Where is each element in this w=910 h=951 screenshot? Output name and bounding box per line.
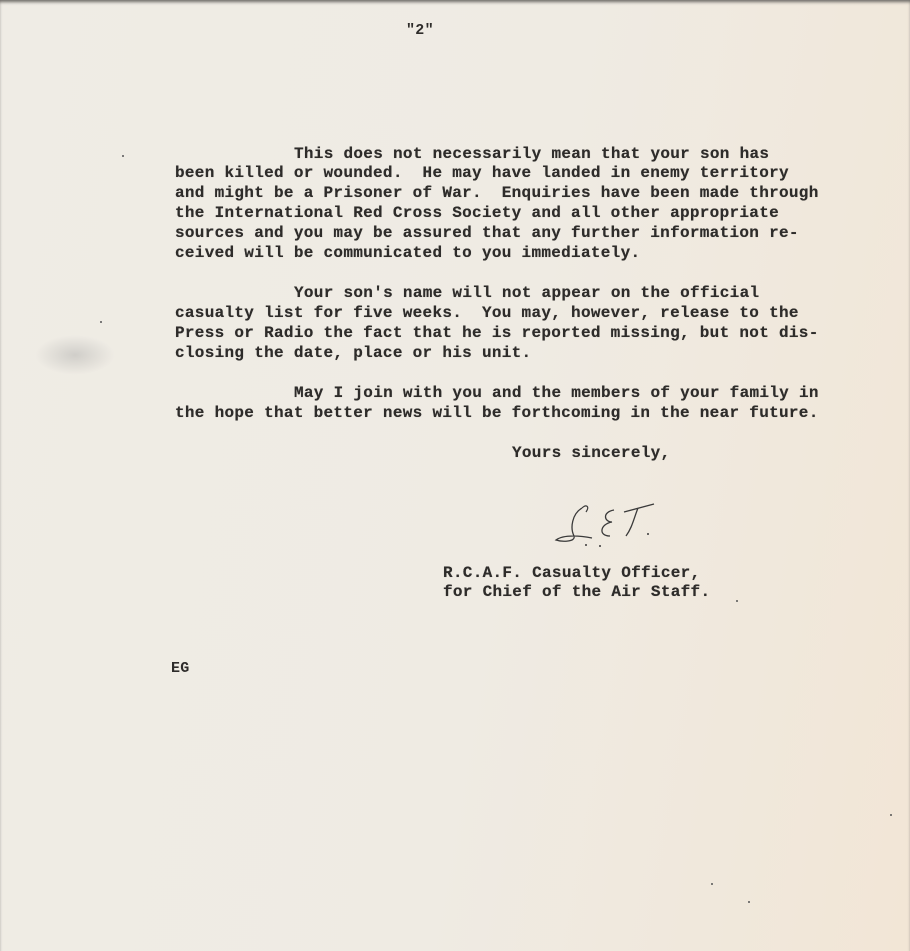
paper-speck xyxy=(748,901,750,903)
signatory-subtitle: for Chief of the Air Staff. xyxy=(443,582,710,602)
text-line: the hope that better news will be forthc… xyxy=(175,403,819,423)
paper-speck xyxy=(736,600,738,602)
paper-speck xyxy=(122,155,124,157)
handwritten-signature xyxy=(552,500,662,550)
text-line: May I join with you and the members of y… xyxy=(294,383,819,403)
text-line: the International Red Cross Society and … xyxy=(175,203,779,223)
signatory-title: R.C.A.F. Casualty Officer, xyxy=(443,563,700,583)
text-line: been killed or wounded. He may have land… xyxy=(175,163,789,183)
text-line: Press or Radio the fact that he is repor… xyxy=(175,323,819,343)
paper-speck xyxy=(890,814,892,816)
text-line: closing the date, place or his unit. xyxy=(175,343,531,363)
text-line: sources and you may be assured that any … xyxy=(175,223,799,243)
letter-page: "2" This does not necessarily mean that … xyxy=(0,0,910,951)
text-line: ceived will be communicated to you immed… xyxy=(175,243,640,263)
closing: Yours sincerely, xyxy=(512,443,670,463)
paper-speck xyxy=(100,321,102,323)
text-line: and might be a Prisoner of War. Enquirie… xyxy=(175,183,819,203)
text-line: casualty list for five weeks. You may, h… xyxy=(175,303,799,323)
typist-initials: EG xyxy=(171,660,190,677)
text-line: Your son's name will not appear on the o… xyxy=(294,283,759,303)
ink-smudge xyxy=(35,335,115,375)
paper-speck xyxy=(711,883,713,885)
text-line: This does not necessarily mean that your… xyxy=(294,144,769,164)
page-number: "2" xyxy=(406,22,434,39)
